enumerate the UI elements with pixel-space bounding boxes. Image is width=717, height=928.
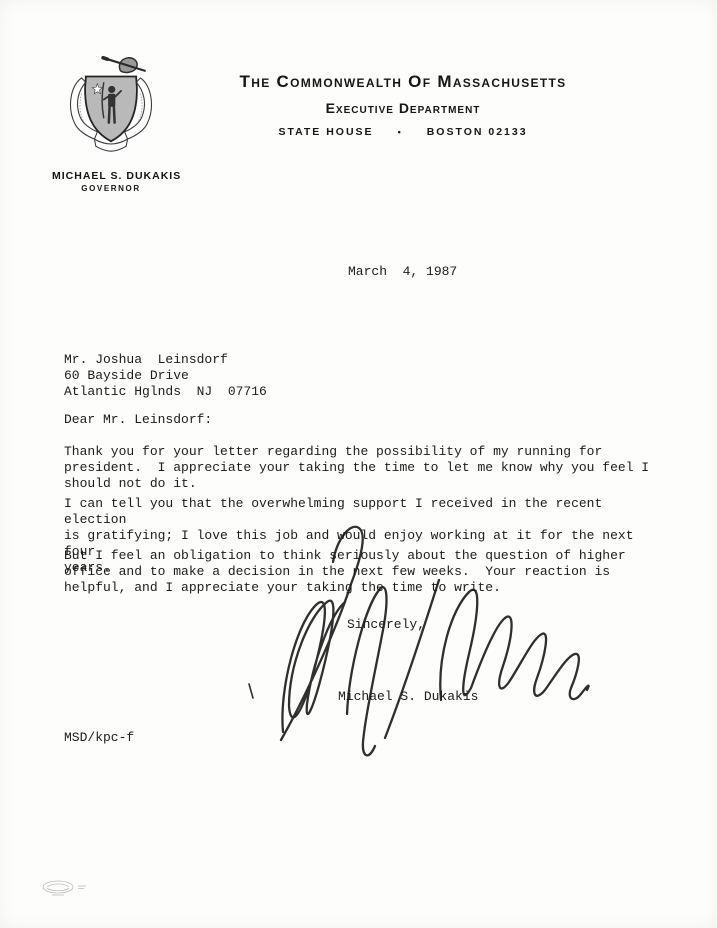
- letterhead-official-title: GOVERNOR: [52, 184, 170, 193]
- closing-sincerely: Sincerely,: [347, 617, 425, 633]
- signed-name-typed: Michael S. Dukakis: [338, 689, 478, 705]
- salutation: Dear Mr. Leinsdorf:: [64, 412, 212, 428]
- recipient-address-block: Mr. Joshua Leinsdorf 60 Bayside Drive At…: [64, 352, 267, 400]
- letter-date: March 4, 1987: [348, 264, 457, 280]
- body-paragraph-1: Thank you for your letter regarding the …: [64, 444, 664, 492]
- letterhead-seal-block: MICHAEL S. DUKAKIS GOVERNOR: [52, 52, 170, 193]
- printer-union-label-icon: [40, 878, 110, 900]
- letterhead-address-line: STATE HOUSE • BOSTON 02133: [180, 126, 626, 138]
- letterhead-address-right: BOSTON 02133: [427, 126, 528, 138]
- bullet-separator-icon: •: [398, 127, 403, 137]
- letterhead-official-name: MICHAEL S. DUKAKIS: [52, 170, 170, 182]
- body-paragraph-3: But I feel an obligation to think seriou…: [64, 548, 664, 596]
- letterhead-org-name: The Commonwealth of Massachusetts: [180, 72, 626, 92]
- scanned-letter-page: MICHAEL S. DUKAKIS GOVERNOR The Commonwe…: [0, 0, 717, 928]
- massachusetts-state-seal-icon: [64, 52, 158, 160]
- reference-initials: MSD/kpc-f: [64, 730, 134, 746]
- letterhead-address-left: STATE HOUSE: [278, 126, 373, 138]
- letterhead-department: Executive Department: [180, 100, 626, 116]
- letterhead-title-block: The Commonwealth of Massachusetts Execut…: [180, 72, 626, 138]
